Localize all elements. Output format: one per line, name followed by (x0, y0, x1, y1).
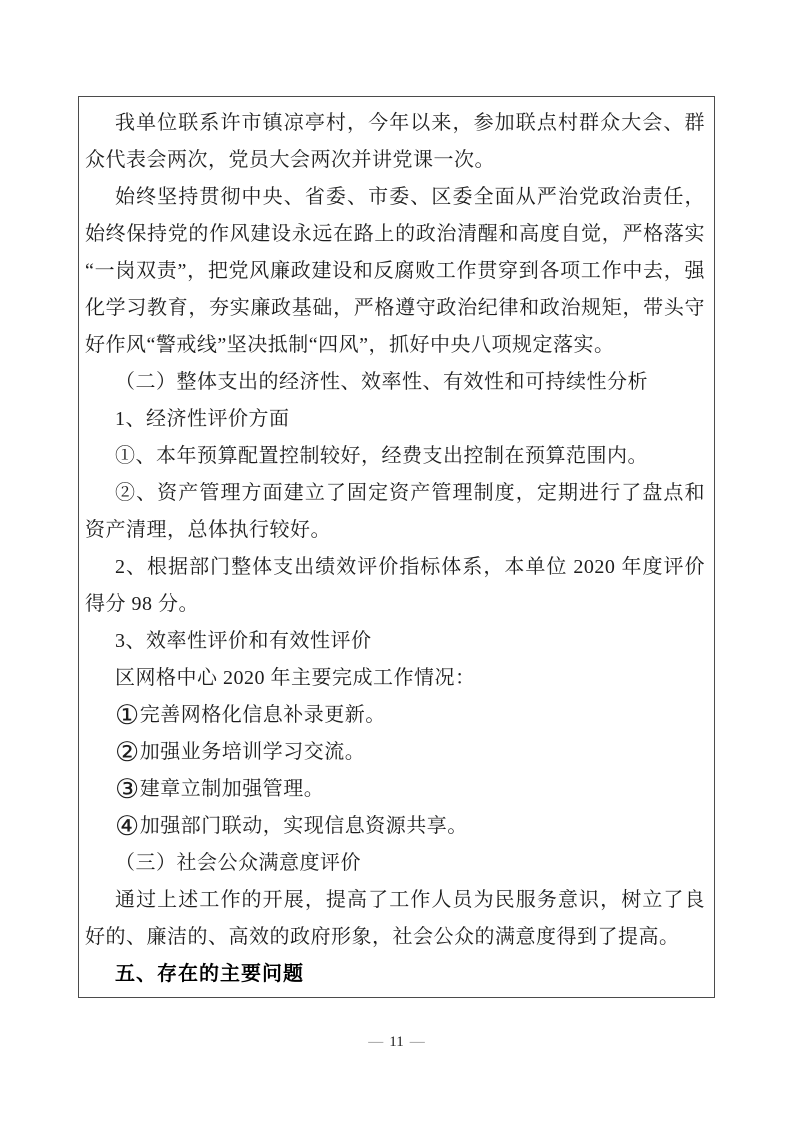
list-item-linkage: ④加强部门联动，实现信息资源共享。 (85, 808, 705, 845)
heading-item-1-economic: 1、经济性评价方面 (85, 401, 705, 438)
list-item-text: 加强业务培训学习交流。 (140, 741, 366, 763)
para-party-discipline: 始终坚持贯彻中央、省委、市委、区委全面从严治党政治责任，始终保持党的作风建设永远… (85, 179, 705, 364)
list-item-text: 完善网格化信息补录更新。 (140, 704, 386, 726)
circled-number-3-icon: ③ (115, 774, 140, 804)
footer-dash-left: — (368, 1034, 383, 1050)
page-footer: —11— (0, 1034, 793, 1051)
list-item-text: 加强部门联动，实现信息资源共享。 (140, 815, 468, 837)
content-border-box: 我单位联系许市镇凉亭村，今年以来，参加联点村群众大会、群众代表会两次，党员大会两… (78, 96, 715, 998)
para-village-liaison: 我单位联系许市镇凉亭村，今年以来，参加联点村群众大会、群众代表会两次，党员大会两… (85, 105, 705, 179)
list-item-text: 建章立制加强管理。 (140, 778, 325, 800)
circled-number-2-icon: ② (115, 737, 140, 767)
heading-item-3-efficiency: 3、效率性评价和有效性评价 (85, 623, 705, 660)
heading-section-3-satisfaction: （三）社会公众满意度评价 (85, 845, 705, 882)
heading-section-5-problems: 五、存在的主要问题 (85, 956, 705, 993)
list-item-grid-info: ①完善网格化信息补录更新。 (85, 697, 705, 734)
para-public-satisfaction: 通过上述工作的开展，提高了工作人员为民服务意识，树立了良好的、廉洁的、高效的政府… (85, 882, 705, 956)
document-page: 我单位联系许市镇凉亭村，今年以来，参加联点村群众大会、群众代表会两次，党员大会两… (0, 0, 793, 1122)
para-budget-control: ①、本年预算配置控制较好，经费支出控制在预算范围内。 (85, 438, 705, 475)
page-number: 11 (389, 1034, 403, 1050)
para-evaluation-score: 2、根据部门整体支出绩效评价指标体系，本单位 2020 年度评价得分 98 分。 (85, 549, 705, 623)
para-asset-management: ②、资产管理方面建立了固定资产管理制度，定期进行了盘点和资产清理，总体执行较好。 (85, 475, 705, 549)
list-item-rules: ③建章立制加强管理。 (85, 771, 705, 808)
circled-number-4-icon: ④ (115, 811, 140, 841)
circled-number-1-icon: ① (115, 700, 140, 730)
list-item-training: ②加强业务培训学习交流。 (85, 734, 705, 771)
footer-dash-right: — (410, 1034, 425, 1050)
heading-section-2-analysis: （二）整体支出的经济性、效率性、有效性和可持续性分析 (85, 364, 705, 401)
para-grid-center-intro: 区网格中心 2020 年主要完成工作情况： (85, 660, 705, 697)
